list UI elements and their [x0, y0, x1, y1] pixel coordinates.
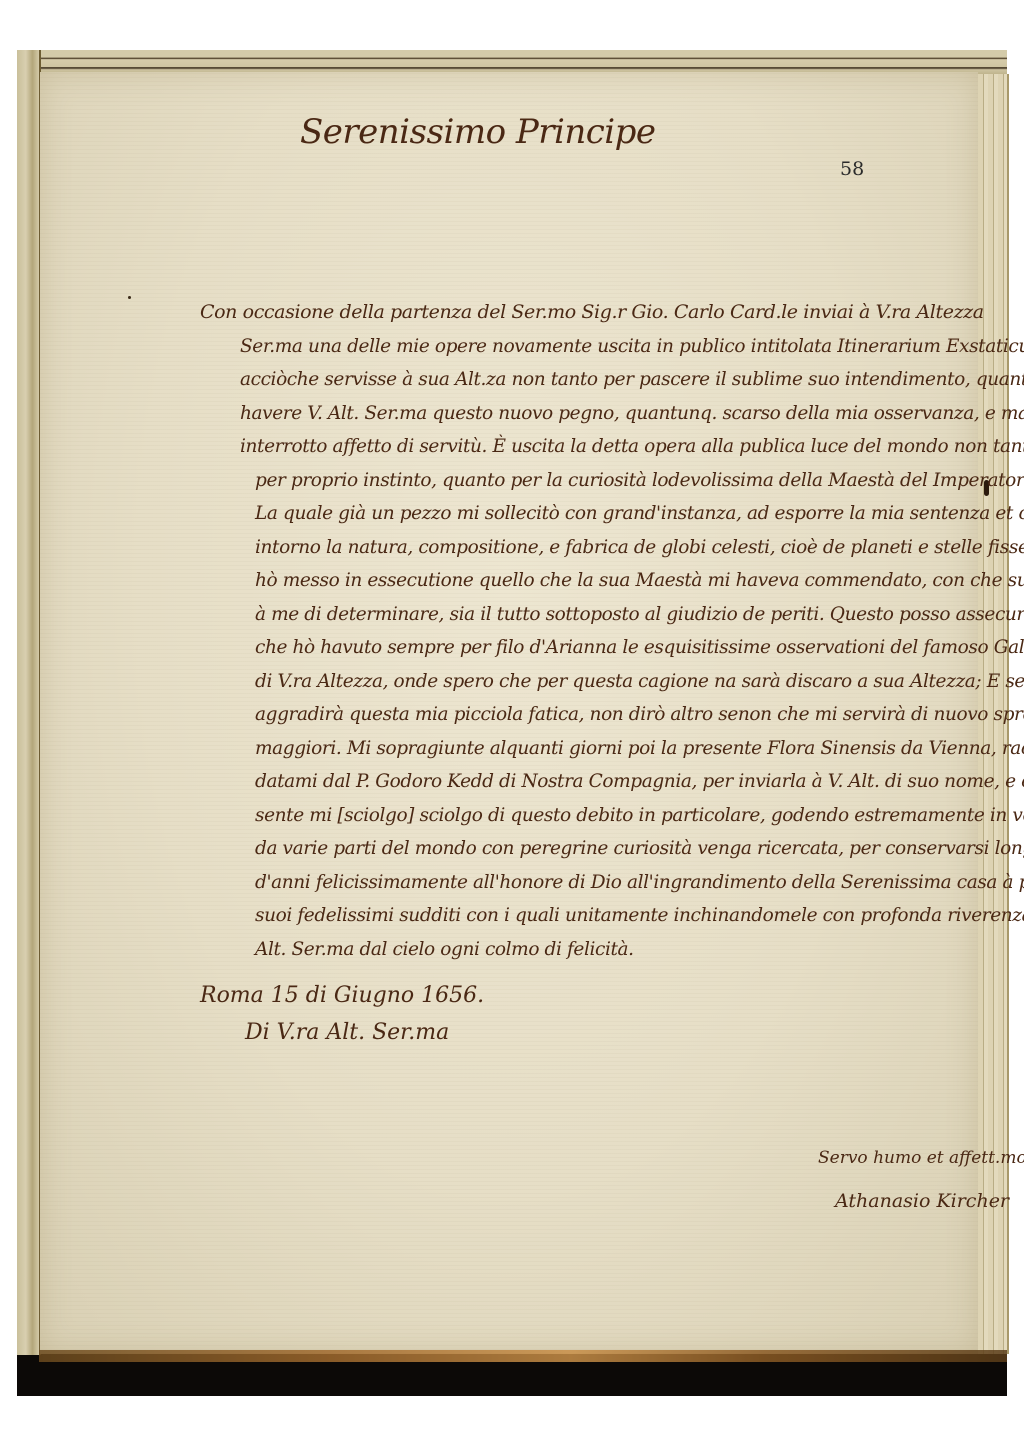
ink-speck: [128, 296, 131, 299]
body-line: hò messo in essecutione quello che la su…: [200, 564, 980, 598]
body-line: Alt. Ser.ma dal cielo ogni colmo di feli…: [200, 933, 980, 967]
body-line: datami dal P. Godoro Kedd di Nostra Comp…: [200, 765, 980, 799]
binding-top-edge: [39, 50, 1007, 74]
body-line: acciòche servisse à sua Alt.za non tanto…: [200, 363, 980, 397]
dateline-address: Di V.ra Alt. Ser.ma: [245, 1020, 449, 1045]
body-line: per proprio instinto, quanto per la curi…: [200, 464, 980, 498]
body-line: da varie parti del mondo con peregrine c…: [200, 832, 980, 866]
body-line: sente mi [sciolgo] sciolgo di questo deb…: [200, 799, 980, 833]
bottom-edge-stain: [39, 1350, 1007, 1362]
body-line: havere V. Alt. Ser.ma questo nuovo pegno…: [200, 397, 980, 431]
body-line: Ser.ma una delle mie opere novamente usc…: [200, 330, 980, 364]
body-line: che hò havuto sempre per filo d'Arianna …: [200, 631, 980, 665]
body-line: La quale già un pezzo mi sollecitò con g…: [200, 497, 980, 531]
letter-body: Con occasione della partenza del Ser.mo …: [200, 296, 980, 966]
body-line: maggiori. Mi sopragiunte alquanti giorni…: [200, 732, 980, 766]
letter-salutation-heading: Serenissimo Principe: [300, 112, 656, 152]
body-line: d'anni felicissimamente all'honore di Di…: [200, 866, 980, 900]
closing-formula: Servo humo et affett.mo: [818, 1148, 1024, 1168]
body-line: à me di determinare, sia il tutto sottop…: [200, 598, 980, 632]
dateline-place-date: Roma 15 di Giugno 1656.: [200, 983, 484, 1008]
book-spine-edge: [17, 50, 41, 1355]
body-line: interrotto affetto di servitù. È uscita …: [200, 430, 980, 464]
body-line: Con occasione della partenza del Ser.mo …: [200, 296, 980, 330]
body-line: aggradirà questa mia picciola fatica, no…: [200, 698, 980, 732]
body-line: di V.ra Altezza, onde spero che per ques…: [200, 665, 980, 699]
author-signature: Athanasio Kircher: [835, 1190, 1009, 1212]
body-line: intorno la natura, compositione, e fabri…: [200, 531, 980, 565]
folio-number: 58: [840, 158, 864, 180]
body-line: suoi fedelissimi sudditi con i quali uni…: [200, 899, 980, 933]
